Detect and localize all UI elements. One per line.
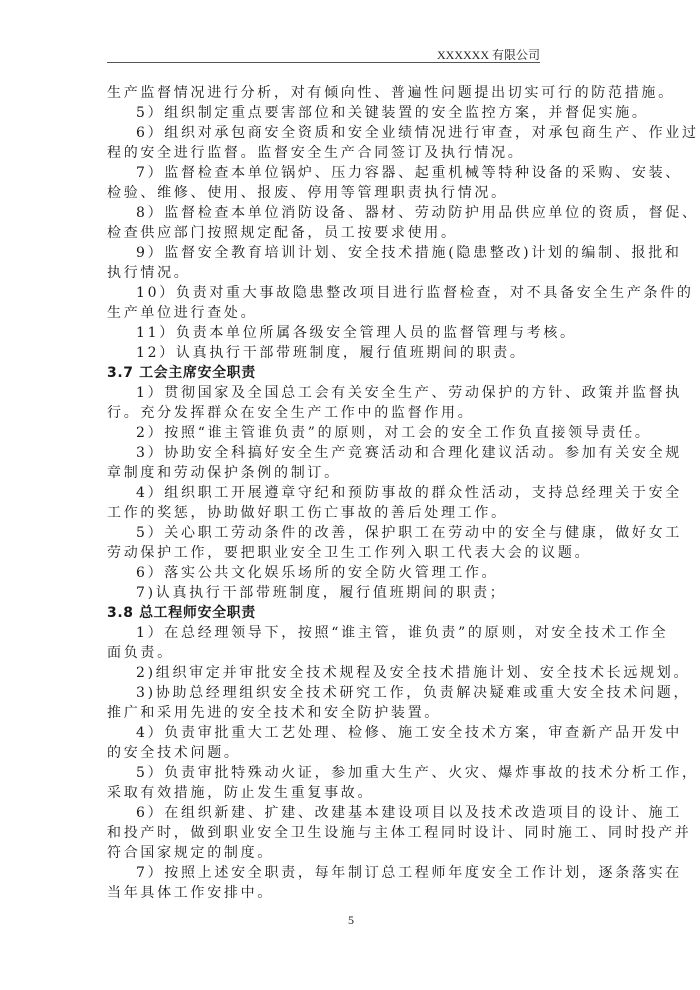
- paragraph-first-line: 4）负责审批重大工艺处理、检修、施工安全技术方案，审查新产品开发中: [107, 723, 599, 743]
- paragraph-line: 检验、维修、使用、报废、停用等管理职责执行情况。: [107, 183, 599, 203]
- paragraph-line: 面负责。: [107, 643, 599, 663]
- section-heading: 3.8 总工程师安全职责: [107, 603, 599, 623]
- document-body: 生产监督情况进行分析，对有倾向性、普遍性问题提出切实可行的防范措施。5）组织制定…: [107, 83, 599, 903]
- paragraph-first-line: 12）认真执行干部带班制度，履行值班期间的职责。: [107, 343, 599, 363]
- paragraph-line: 和投产时，做到职业安全卫生设施与主体工程同时设计、同时施工、同时投产并: [107, 823, 599, 843]
- paragraph-line: 工作的奖惩，协助做好职工伤亡事故的善后处理工作。: [107, 503, 599, 523]
- paragraph-first-line: 3）协助安全科搞好安全生产竞赛活动和合理化建议活动。参加有关安全规: [107, 443, 599, 463]
- paragraph-line: 劳动保护工作，要把职业安全卫生工作列入职工代表大会的议题。: [107, 543, 599, 563]
- paragraph-line: 行。充分发挥群众在安全生产工作中的监督作用。: [107, 403, 599, 423]
- company-name: XXXXXX 有限公司: [437, 48, 540, 62]
- paragraph-first-line: 6）组织对承包商安全资质和安全业绩情况进行审查，对承包商生产、作业过: [107, 123, 599, 143]
- paragraph-line: 推广和采用先进的安全技术和安全防护装置。: [107, 703, 599, 723]
- paragraph-first-line: 7）监督检查本单位锅炉、压力容器、起重机械等特种设备的采购、安装、: [107, 163, 599, 183]
- paragraph-first-line: 5）关心职工劳动条件的改善，保护职工在劳动中的安全与健康，做好女工: [107, 523, 599, 543]
- paragraph-first-line: 2）按照“谁主管谁负责”的原则，对工会的安全工作负直接领导责任。: [107, 423, 599, 443]
- paragraph-first-line: 4）组织职工开展遵章守纪和预防事故的群众性活动，支持总经理关于安全: [107, 483, 599, 503]
- paragraph-first-line: 5）组织制定重点要害部位和关键装置的安全监控方案，并督促实施。: [107, 103, 599, 123]
- section-heading: 3.7 工会主席安全职责: [107, 363, 599, 383]
- paragraph-line: 生产监督情况进行分析，对有倾向性、普遍性问题提出切实可行的防范措施。: [107, 83, 599, 103]
- page-header: XXXXXX 有限公司: [107, 44, 540, 63]
- paragraph-first-line: 5）负责审批特殊动火证，参加重大生产、火灾、爆炸事故的技术分析工作，: [107, 763, 599, 783]
- paragraph-first-line: 1）在总经理领导下，按照“谁主管，谁负责”的原则，对安全技术工作全: [107, 623, 599, 643]
- paragraph-line: 执行情况。: [107, 263, 599, 283]
- paragraph-first-line: 2)组织审定并审批安全技术规程及安全技术措施计划、安全技术长远规划。: [107, 663, 599, 683]
- paragraph-line: 章制度和劳动保护条例的制订。: [107, 463, 599, 483]
- page-number: 5: [345, 913, 357, 928]
- paragraph-first-line: 3)协助总经理组织安全技术研究工作，负责解决疑难或重大安全技术问题，: [107, 683, 599, 703]
- paragraph-first-line: 10）负责对重大事故隐患整改项目进行监督检查，对不具备安全生产条件的: [107, 283, 599, 303]
- paragraph-first-line: 1）贯彻国家及全国总工会有关安全生产、劳动保护的方针、政策并监督执: [107, 383, 599, 403]
- paragraph-first-line: 8）监督检查本单位消防设备、器材、劳动防护用品供应单位的资质，督促、: [107, 203, 599, 223]
- paragraph-first-line: 11）负责本单位所属各级安全管理人员的监督管理与考核。: [107, 323, 599, 343]
- paragraph-first-line: 9）监督安全教育培训计划、安全技术措施(隐患整改)计划的编制、报批和: [107, 243, 599, 263]
- paragraph-line: 的安全技术问题。: [107, 743, 599, 763]
- paragraph-line: 程的安全进行监督。监督安全生产合同签订及执行情况。: [107, 143, 599, 163]
- paragraph-first-line: 7）按照上述安全职责，每年制订总工程师年度安全工作计划，逐条落实在: [107, 863, 599, 883]
- paragraph-first-line: 6）在组织新建、扩建、改建基本建设项目以及技术改造项目的设计、施工: [107, 803, 599, 823]
- paragraph-line: 采取有效措施，防止发生重复事故。: [107, 783, 599, 803]
- paragraph-line: 生产单位进行查处。: [107, 303, 599, 323]
- paragraph-line: 当年具体工作安排中。: [107, 883, 599, 903]
- paragraph-first-line: 7)认真执行干部带班制度，履行值班期间的职责；: [107, 583, 599, 603]
- paragraph-first-line: 6）落实公共文化娱乐场所的安全防火管理工作。: [107, 563, 599, 583]
- paragraph-line: 符合国家规定的制度。: [107, 843, 599, 863]
- paragraph-line: 检查供应部门按照规定配备，员工按要求使用。: [107, 223, 599, 243]
